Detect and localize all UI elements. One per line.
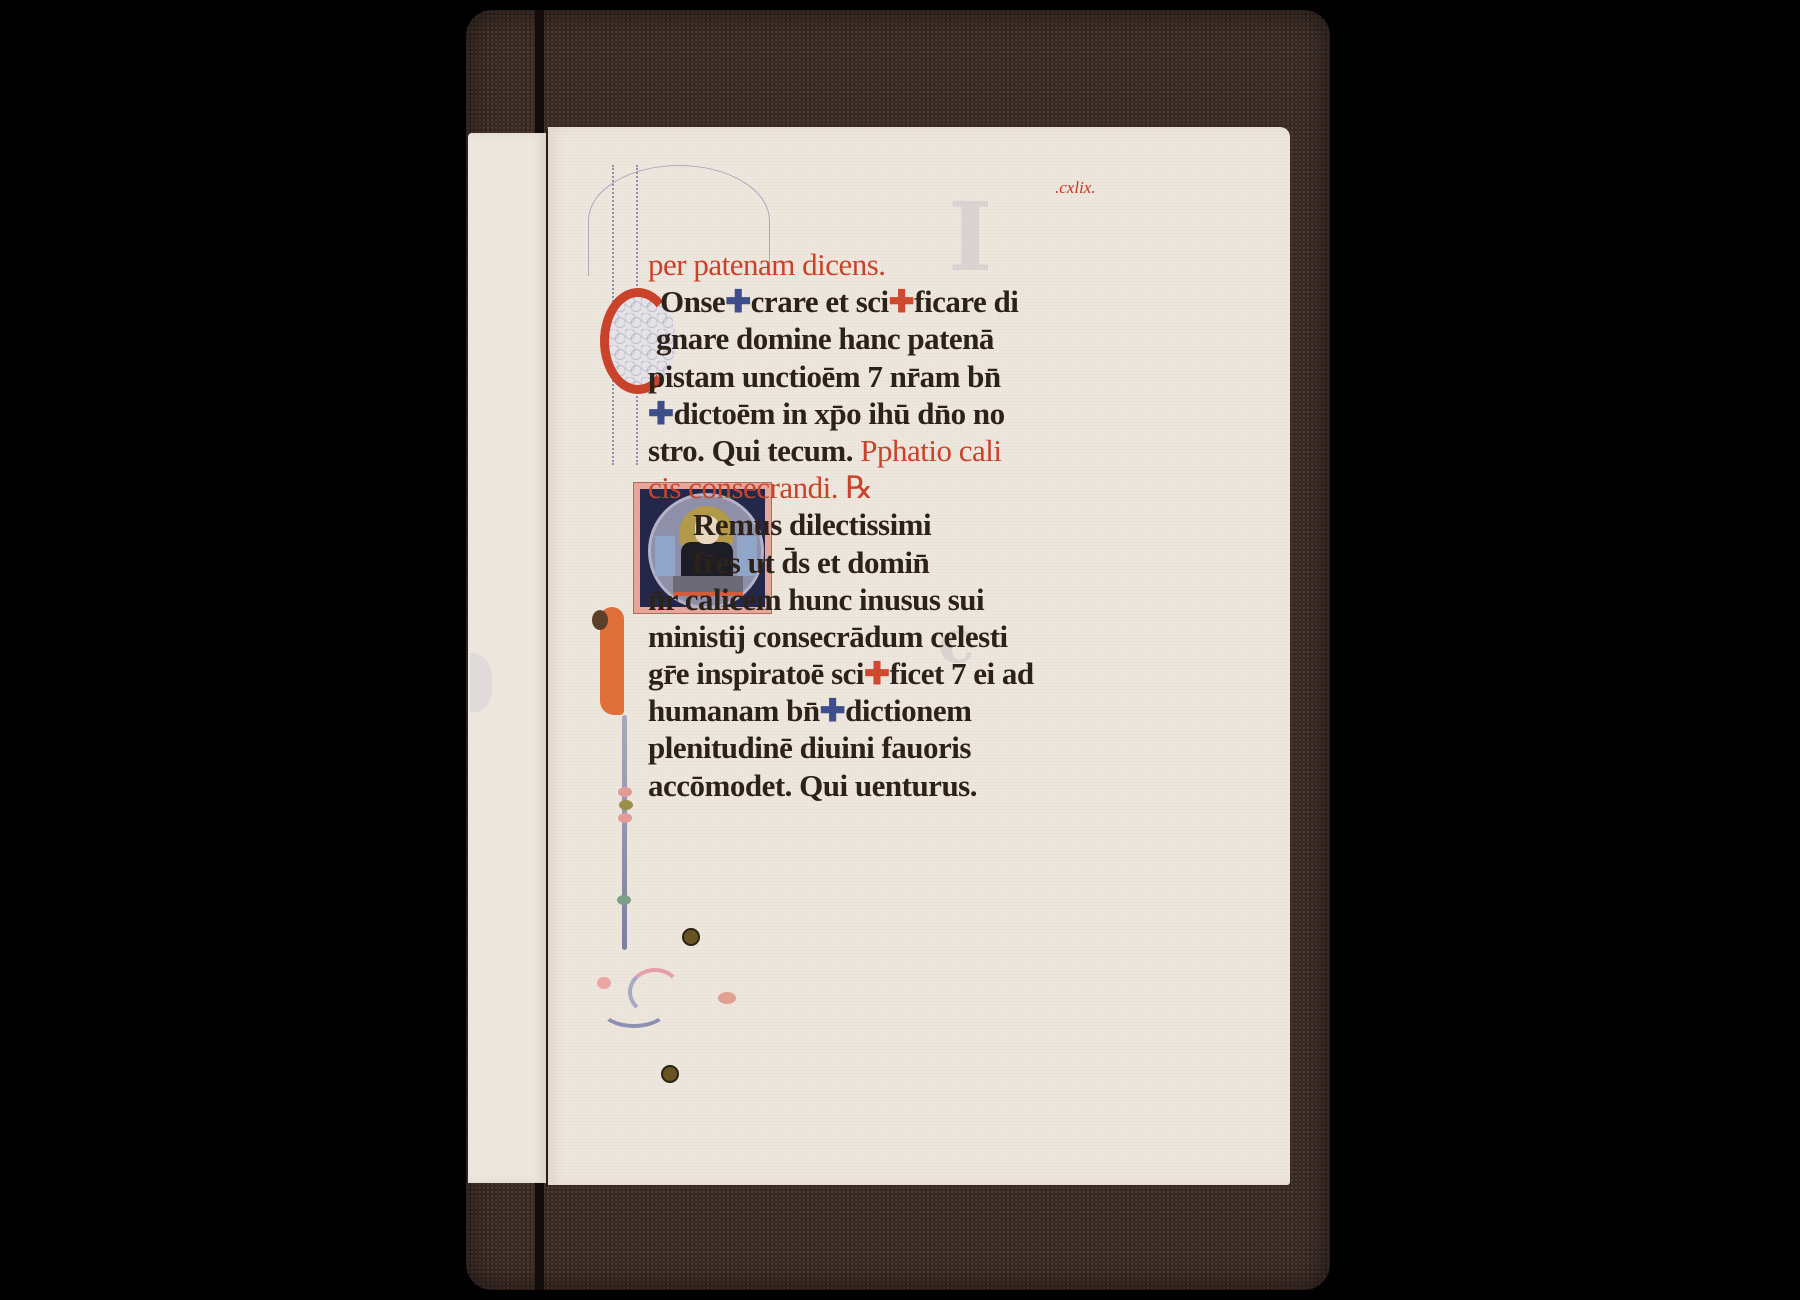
text-line: gnare domine hanc patenā xyxy=(648,320,1098,357)
body-text: ministij consecrādum celesti xyxy=(648,619,1008,654)
bead-ornament xyxy=(619,800,633,810)
text-line: Remus dilectissimi xyxy=(648,506,1098,543)
bud-ornament xyxy=(718,992,736,1004)
cross-icon: ✚ xyxy=(864,656,889,691)
body-text: n̄r calicem hunc inusus sui xyxy=(648,582,984,617)
body-text: dictoēm in xp̄o ihū dn̄o no xyxy=(673,396,1004,431)
body-text: stro. Qui tecum. xyxy=(648,433,860,468)
bead-ornament xyxy=(618,787,632,797)
cross-icon: ✚ xyxy=(820,693,845,728)
bead-ornament xyxy=(618,813,632,823)
text-column: per patenam dicens.Onse✚crare et sci✚fic… xyxy=(648,246,1098,804)
rubric-text: cis consecrandi. ℞ xyxy=(648,470,873,505)
text-line: accōmodet. Qui uenturus. xyxy=(648,767,1098,804)
foliate-scroll xyxy=(600,990,668,1028)
body-text: ficare di xyxy=(914,284,1018,319)
text-line: fr̄es ut d̄s et domin̄ xyxy=(648,544,1098,581)
text-line: per patenam dicens. xyxy=(648,246,1098,283)
text-line: ministij consecrādum celesti xyxy=(648,618,1098,655)
body-text: dictionem xyxy=(845,693,971,728)
body-text: accōmodet. Qui uenturus. xyxy=(648,768,977,803)
body-text: gnare domine hanc patenā xyxy=(656,321,994,356)
gutter-line xyxy=(546,130,548,1187)
text-line: Onse✚crare et sci✚ficare di xyxy=(648,283,1098,320)
cross-icon: ✚ xyxy=(889,284,914,319)
text-line: cis consecrandi. ℞ xyxy=(648,469,1098,506)
gold-roundel xyxy=(682,928,700,946)
body-text: fr̄es ut d̄s et domin̄ xyxy=(693,545,929,580)
text-line: humanam bn̄✚dictionem xyxy=(648,692,1098,729)
text-line: stro. Qui tecum. Pphatio cali xyxy=(648,432,1098,469)
body-text: crare et sci xyxy=(751,284,889,319)
body-text: plenitudinē diuini fauoris xyxy=(648,730,971,765)
body-text: ficet 7 ei ad xyxy=(890,656,1034,691)
bead-ornament xyxy=(617,895,631,905)
body-text: pistam unctioēm 7 nr̄am bn̄ xyxy=(648,359,1001,394)
rubric-text: per patenam dicens. xyxy=(648,247,886,282)
text-line: n̄r calicem hunc inusus sui xyxy=(648,581,1098,618)
body-text: humanam bn̄ xyxy=(648,693,820,728)
cross-icon: ✚ xyxy=(725,284,750,319)
gold-roundel xyxy=(661,1065,679,1083)
folio-number: .cxlix. xyxy=(1055,178,1096,198)
text-line: plenitudinē diuini fauoris xyxy=(648,729,1098,766)
body-text: Onse xyxy=(660,284,725,319)
text-line: ✚dictoēm in xp̄o ihū dn̄o no xyxy=(648,395,1098,432)
show-through-mark xyxy=(470,653,492,713)
body-text: Remus dilectissimi xyxy=(693,507,931,542)
body-text: gr̄e inspiratoē sci xyxy=(648,656,864,691)
border-stem xyxy=(622,715,627,950)
cross-icon: ✚ xyxy=(648,396,673,431)
marginal-figure-head xyxy=(592,610,608,630)
rubric-text: Pphatio cali xyxy=(860,433,1001,468)
left-page-edge xyxy=(468,133,546,1183)
text-line: pistam unctioēm 7 nr̄am bn̄ xyxy=(648,358,1098,395)
bud-ornament xyxy=(597,977,611,989)
text-line: gr̄e inspiratoē sci✚ficet 7 ei ad xyxy=(648,655,1098,692)
